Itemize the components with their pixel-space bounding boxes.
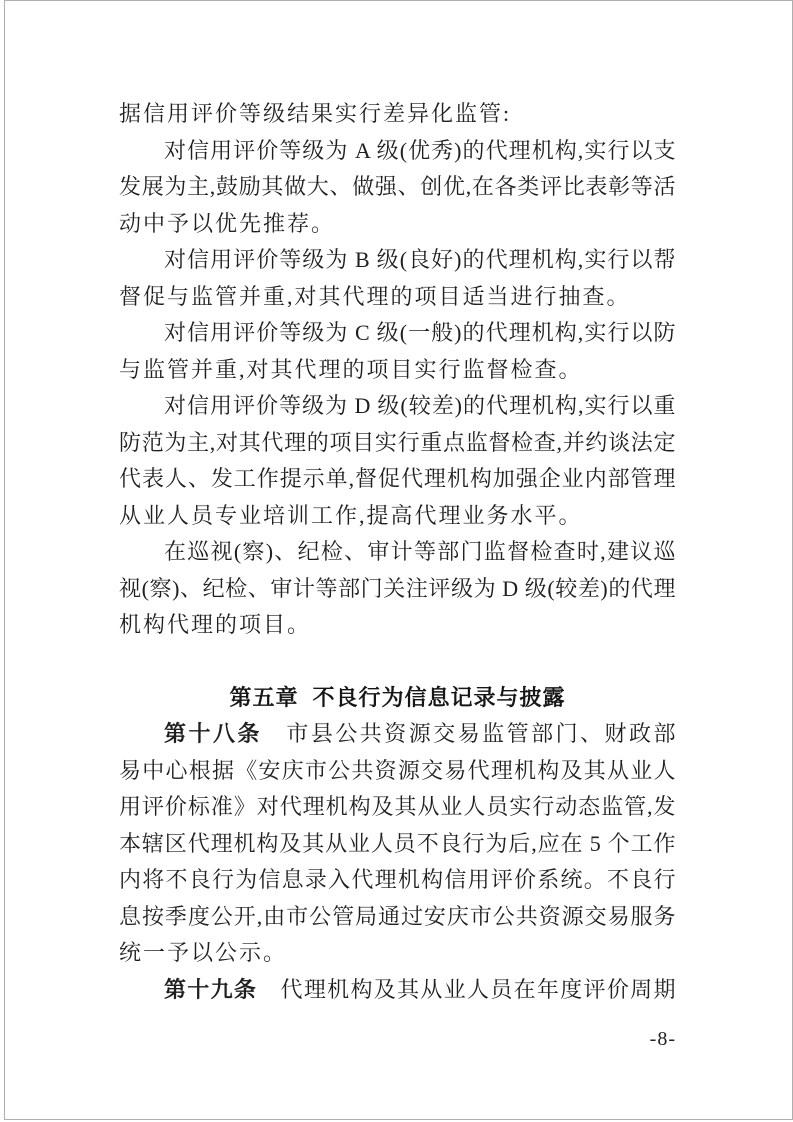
text-line: 督促与监管并重,对其代理的项目适当进行抽查。: [119, 279, 676, 316]
text-line: 第十八条 市县公共资源交易监管部门、财政部门、交: [119, 716, 676, 753]
article-number: 第十九条: [164, 977, 257, 1002]
text-line: 对信用评价等级为 D 级(较差)的代理机构,实行以重点: [119, 388, 676, 425]
text-line: 对信用评价等级为 C 级(一般)的代理机构,实行以防范: [119, 315, 676, 352]
text-line: 易中心根据《安庆市公共资源交易代理机构及其从业人员信: [119, 753, 676, 790]
text-line: 代表人、发工作提示单,督促代理机构加强企业内部管理和: [119, 461, 676, 498]
chapter-heading: 第五章 不良行为信息记录与披露: [119, 680, 676, 717]
text-line: 第十九条 代理机构及其从业人员在年度评价周期内的: [119, 972, 676, 1009]
text-line: 与监管并重,对其代理的项目实行监督检查。: [119, 352, 676, 389]
text-line: 对信用评价等级为 A 级(优秀)的代理机构,实行以支持: [119, 133, 676, 170]
article-number: 第十八条: [164, 721, 262, 746]
text-line: 发展为主,鼓励其做大、做强、创优,在各类评比表彰等活: [119, 169, 676, 206]
text-line: 从业人员专业培训工作,提高代理业务水平。: [119, 498, 676, 535]
document-body: 据信用评价等级结果实行差异化监管:对信用评价等级为 A 级(优秀)的代理机构,实…: [119, 96, 676, 1008]
document-page: 据信用评价等级结果实行差异化监管:对信用评价等级为 A 级(优秀)的代理机构,实…: [0, 0, 793, 1122]
text-line: 动中予以优先推荐。: [119, 206, 676, 243]
text-line: 本辖区代理机构及其从业人员不良行为后,应在 5 个工作日: [119, 826, 676, 863]
text-line: 据信用评价等级结果实行差异化监管:: [119, 96, 676, 133]
text-line: 机构代理的项目。: [119, 607, 676, 644]
text-line: 在巡视(察)、纪检、审计等部门监督检查时,建议巡: [119, 534, 676, 571]
text-line: 防范为主,对其代理的项目实行重点监督检查,并约谈法定: [119, 425, 676, 462]
text-line: 内将不良行为信息录入代理机构信用评价系统。不良行为信: [119, 862, 676, 899]
text-line: 用评价标准》对代理机构及其从业人员实行动态监管,发现: [119, 789, 676, 826]
page-number: -8-: [650, 1028, 676, 1051]
text-line: 息按季度公开,由市公管局通过安庆市公共资源交易服务网: [119, 899, 676, 936]
text-line: 统一予以公示。: [119, 935, 676, 972]
text-line: 对信用评价等级为 B 级(良好)的代理机构,实行以帮扶、: [119, 242, 676, 279]
text-line: 视(察)、纪检、审计等部门关注评级为 D 级(较差)的代理: [119, 571, 676, 608]
